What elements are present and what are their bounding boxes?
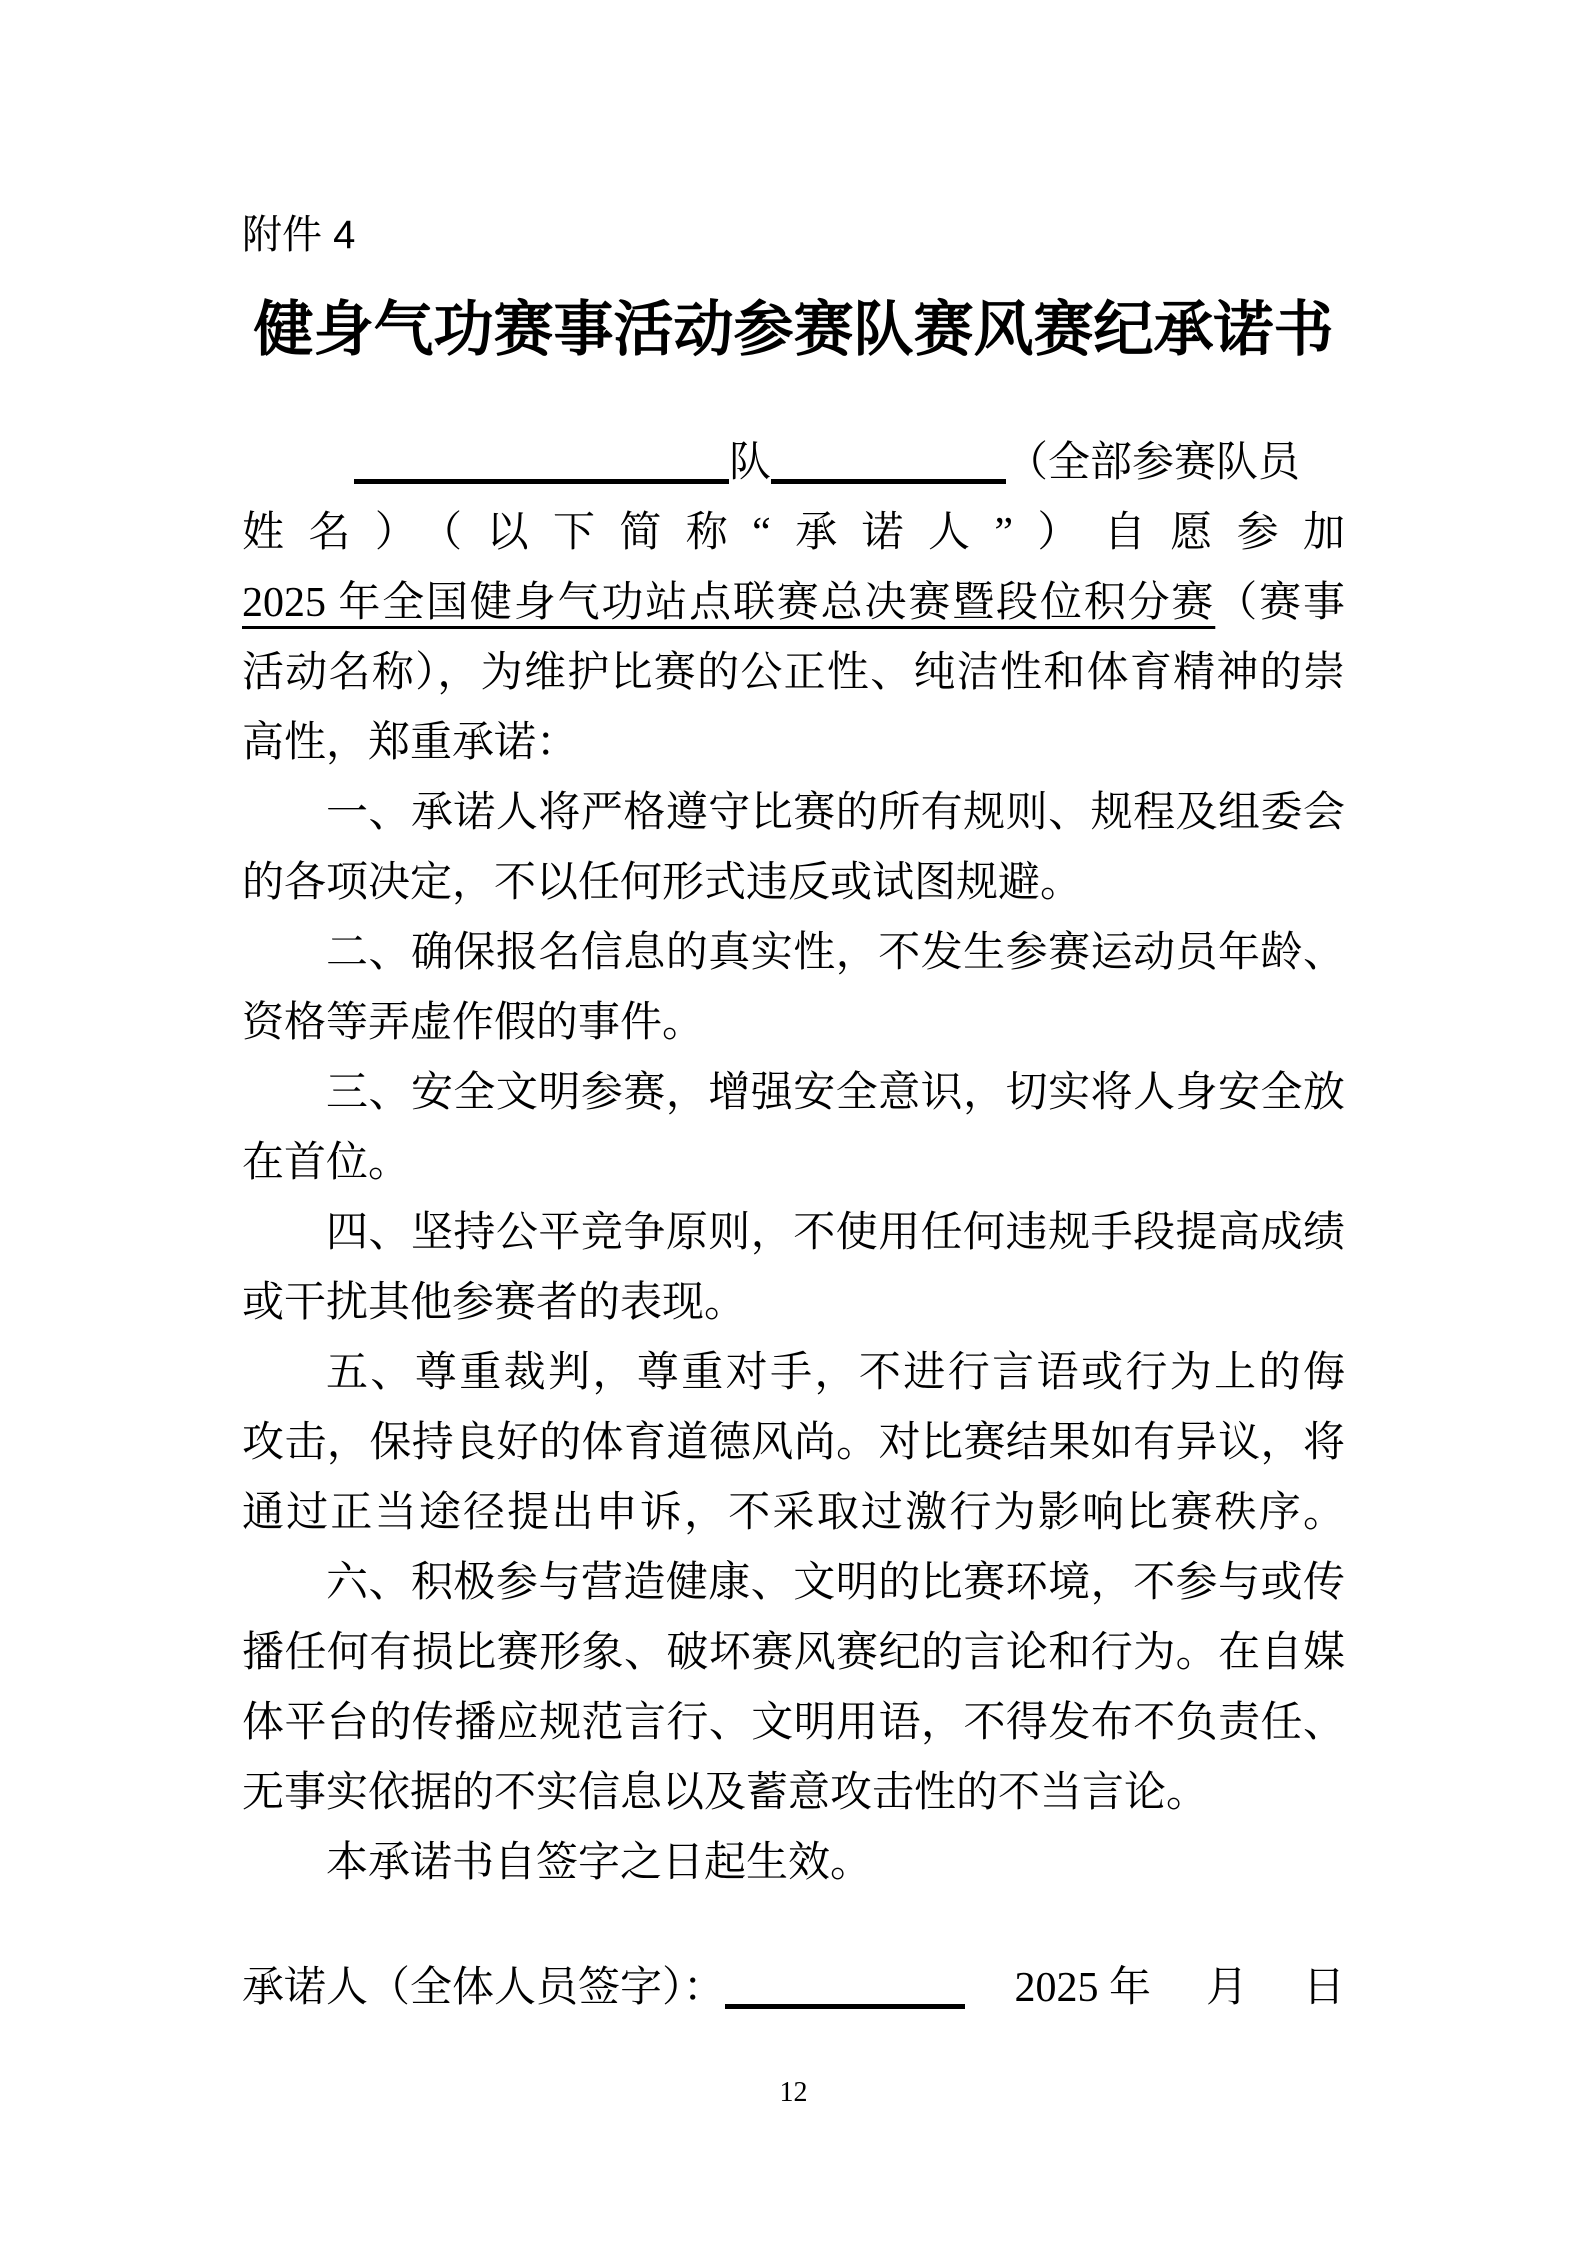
member-names-blank bbox=[771, 437, 1006, 484]
signature-row: 承诺人（全体人员签字）： 2025 年月日 bbox=[242, 1958, 1345, 2018]
team-suffix-char: 队 bbox=[729, 440, 771, 486]
body-line: 一、承诺人将严格遵守比赛的所有规则、规程及组委会 bbox=[242, 778, 1345, 848]
body-line: 四、坚持公平竞争原则，不使用任何违规手段提高成绩 bbox=[242, 1198, 1345, 1268]
body-line: 高性，郑重承诺： bbox=[242, 708, 1345, 778]
body-line: 体平台的传播应规范言行、文明用语，不得发布不负责任、 bbox=[242, 1688, 1345, 1758]
body-line: 通过正当途径提出申诉，不采取过激行为影响比赛秩序。 bbox=[242, 1478, 1345, 1548]
para1-line1: 队（全部参赛队员 bbox=[242, 428, 1345, 498]
body-line: 三、安全文明参赛，增强安全意识，切实将人身安全放 bbox=[242, 1058, 1345, 1128]
document-title: 健身气功赛事活动参赛队赛风赛纪承诺书 bbox=[242, 290, 1345, 370]
document-body: 队（全部参赛队员 姓名）（以下简称“承诺人”）自愿参加 2025 年全国健身气功… bbox=[242, 428, 1345, 1898]
para1-line3: 2025 年全国健身气功站点联赛总决赛暨段位积分赛（赛事 bbox=[242, 568, 1345, 638]
document-page: 附件 4 健身气功赛事活动参赛队赛风赛纪承诺书 队（全部参赛队员 姓名）（以下简… bbox=[0, 0, 1588, 2245]
body-line: 的各项决定，不以任何形式违反或试图规避。 bbox=[242, 848, 1345, 918]
body-line: 五、尊重裁判，尊重对手，不进行言语或行为上的侮辱、 bbox=[242, 1338, 1345, 1408]
date-month: 月 bbox=[1206, 1965, 1248, 2011]
body-line: 无事实依据的不实信息以及蓄意攻击性的不当言论。 bbox=[242, 1758, 1345, 1828]
signature-date: 2025 年月日 bbox=[1014, 1958, 1345, 2018]
team-name-blank bbox=[354, 437, 729, 484]
body-line: 六、积极参与营造健康、文明的比赛环境，不参与或传 bbox=[242, 1548, 1345, 1618]
body-line: 播任何有损比赛形象、破坏赛风赛纪的言论和行为。在自媒 bbox=[242, 1618, 1345, 1688]
body-line: 活动名称），为维护比赛的公正性、纯洁性和体育精神的崇 bbox=[242, 638, 1345, 708]
body-line: 在首位。 bbox=[242, 1128, 1345, 1198]
para1-line2: 姓名）（以下简称“承诺人”）自愿参加 bbox=[242, 498, 1345, 568]
para1-line1-tail: （全部参赛队员 bbox=[1006, 440, 1300, 486]
para1-line3-tail: （赛事 bbox=[1215, 580, 1345, 626]
body-line: 攻击，保持良好的体育道德风尚。对比赛结果如有异议，将 bbox=[242, 1408, 1345, 1478]
body-line: 或干扰其他参赛者的表现。 bbox=[242, 1268, 1345, 1338]
body-line: 二、确保报名信息的真实性，不发生参赛运动员年龄、 bbox=[242, 918, 1345, 988]
signature-left: 承诺人（全体人员签字）： bbox=[242, 1958, 965, 2018]
body-line: 本承诺书自签字之日起生效。 bbox=[242, 1828, 1345, 1898]
signature-blank bbox=[725, 1962, 965, 2009]
date-day: 日 bbox=[1303, 1965, 1345, 2011]
event-name-underlined: 2025 年全国健身气功站点联赛总决赛暨段位积分赛 bbox=[242, 580, 1215, 626]
signature-label: 承诺人（全体人员签字）： bbox=[242, 1965, 725, 2011]
attachment-label: 附件 4 bbox=[242, 210, 1345, 260]
date-year: 2025 年 bbox=[1014, 1965, 1151, 2011]
body-line: 资格等弄虚作假的事件。 bbox=[242, 988, 1345, 1058]
page-number: 12 bbox=[242, 2073, 1345, 2113]
